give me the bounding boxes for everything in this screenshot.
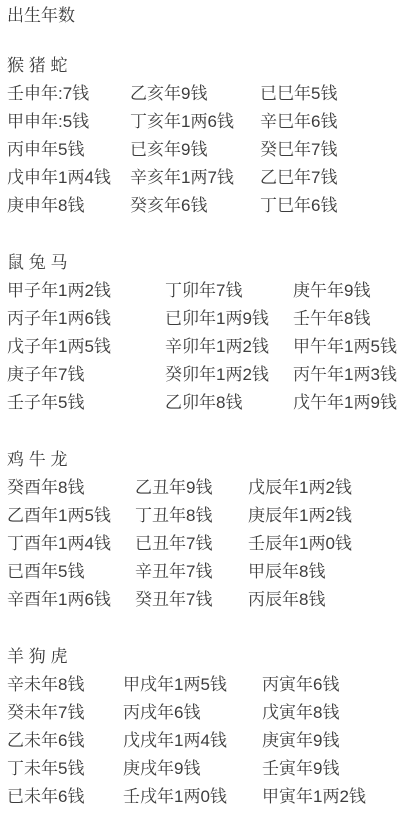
year-row: 甲子年1两2钱丁卯年7钱庚午年9钱 [7,277,413,305]
section-header: 鼠 兔 马 [7,249,413,277]
year-row: 辛酉年1两6钱癸丑年7钱丙辰年8钱 [7,586,413,614]
year-weight-value: 庚寅年9钱 [262,727,413,755]
year-weight-value: 丙子年1两6钱 [7,305,165,333]
sections-container: 猴 猪 蛇壬申年:7钱乙亥年9钱已巳年5钱甲申年:5钱丁亥年1两6钱辛巳年6钱丙… [7,52,413,811]
year-weight-value: 癸巳年7钱 [260,136,413,164]
year-row: 丁未年5钱庚戌年9钱壬寅年9钱 [7,755,413,783]
year-weight-value: 甲辰年8钱 [248,558,413,586]
year-row: 癸未年7钱丙戌年6钱戊寅年8钱 [7,699,413,727]
year-row: 丁酉年1两4钱已丑年7钱壬辰年1两0钱 [7,530,413,558]
section-header: 鸡 牛 龙 [7,446,413,474]
year-row: 辛未年8钱甲戌年1两5钱丙寅年6钱 [7,671,413,699]
year-weight-value: 辛丑年7钱 [135,558,248,586]
year-weight-value: 癸酉年8钱 [7,474,135,502]
section-rat-rabbit-horse: 鼠 兔 马甲子年1两2钱丁卯年7钱庚午年9钱丙子年1两6钱已卯年1两9钱壬午年8… [7,249,413,417]
year-weight-value: 戊午年1两9钱 [293,389,413,417]
year-weight-value: 壬子年5钱 [7,389,165,417]
year-weight-value: 乙酉年1两5钱 [7,502,135,530]
year-weight-value: 丁巳年6钱 [260,192,413,220]
year-weight-value: 庚戌年9钱 [123,755,262,783]
section-monkey-pig-snake: 猴 猪 蛇壬申年:7钱乙亥年9钱已巳年5钱甲申年:5钱丁亥年1两6钱辛巳年6钱丙… [7,52,413,220]
year-weight-value: 丙戌年6钱 [123,699,262,727]
year-weight-value: 乙未年6钱 [7,727,123,755]
year-weight-value: 甲子年1两2钱 [7,277,165,305]
section-goat-dog-tiger: 羊 狗 虎辛未年8钱甲戌年1两5钱丙寅年6钱癸未年7钱丙戌年6钱戊寅年8钱乙未年… [7,643,413,811]
year-weight-value: 已酉年5钱 [7,558,135,586]
year-weight-value: 乙丑年9钱 [135,474,248,502]
year-weight-value: 甲午年1两5钱 [293,333,413,361]
year-weight-value: 戊寅年8钱 [262,699,413,727]
year-weight-value: 辛巳年6钱 [260,108,413,136]
year-weight-value: 庚辰年1两2钱 [248,502,413,530]
year-weight-value: 戊子年1两5钱 [7,333,165,361]
year-weight-value: 甲戌年1两5钱 [123,671,262,699]
year-weight-value: 壬申年:7钱 [7,80,130,108]
section-rooster-ox-dragon: 鸡 牛 龙癸酉年8钱乙丑年9钱戊辰年1两2钱乙酉年1两5钱丁丑年8钱庚辰年1两2… [7,446,413,614]
year-weight-value: 丁卯年7钱 [165,277,293,305]
year-weight-value: 丁酉年1两4钱 [7,530,135,558]
year-weight-value: 丁亥年1两6钱 [130,108,260,136]
year-weight-value: 癸亥年6钱 [130,192,260,220]
year-row: 乙酉年1两5钱丁丑年8钱庚辰年1两2钱 [7,502,413,530]
year-weight-value: 丙寅年6钱 [262,671,413,699]
year-weight-value: 丁未年5钱 [7,755,123,783]
year-row: 已未年6钱壬戌年1两0钱甲寅年1两2钱 [7,783,413,811]
year-row: 甲申年:5钱丁亥年1两6钱辛巳年6钱 [7,108,413,136]
year-weight-value: 癸卯年1两2钱 [165,361,293,389]
year-weight-value: 甲寅年1两2钱 [262,783,413,811]
year-weight-value: 壬辰年1两0钱 [248,530,413,558]
year-weight-value: 已卯年1两9钱 [165,305,293,333]
year-row: 戊子年1两5钱辛卯年1两2钱甲午年1两5钱 [7,333,413,361]
year-row: 已酉年5钱辛丑年7钱甲辰年8钱 [7,558,413,586]
section-header: 猴 猪 蛇 [7,52,413,80]
section-header: 羊 狗 虎 [7,643,413,671]
year-weight-value: 已未年6钱 [7,783,123,811]
year-row: 乙未年6钱戊戌年1两4钱庚寅年9钱 [7,727,413,755]
year-row: 壬子年5钱乙卯年8钱戊午年1两9钱 [7,389,413,417]
year-weight-value: 戊戌年1两4钱 [123,727,262,755]
year-weight-value: 乙卯年8钱 [165,389,293,417]
year-weight-value: 庚子年7钱 [7,361,165,389]
year-weight-value: 戊辰年1两2钱 [248,474,413,502]
year-weight-value: 乙亥年9钱 [130,80,260,108]
year-weight-value: 癸未年7钱 [7,699,123,727]
year-row: 丙子年1两6钱已卯年1两9钱壬午年8钱 [7,305,413,333]
year-weight-value: 戊申年1两4钱 [7,164,130,192]
year-weight-value: 壬午年8钱 [293,305,413,333]
year-weight-value: 辛亥年1两7钱 [130,164,260,192]
year-weight-value: 庚午年9钱 [293,277,413,305]
year-weight-value: 已巳年5钱 [260,80,413,108]
year-row: 庚申年8钱癸亥年6钱丁巳年6钱 [7,192,413,220]
document-page: 出生年数 猴 猪 蛇壬申年:7钱乙亥年9钱已巳年5钱甲申年:5钱丁亥年1两6钱辛… [0,0,413,811]
year-weight-value: 已丑年7钱 [135,530,248,558]
year-weight-value: 癸丑年7钱 [135,586,248,614]
year-weight-value: 已亥年9钱 [130,136,260,164]
year-weight-value: 壬寅年9钱 [262,755,413,783]
year-weight-value: 丁丑年8钱 [135,502,248,530]
year-weight-value: 庚申年8钱 [7,192,130,220]
year-row: 丙申年5钱已亥年9钱癸巳年7钱 [7,136,413,164]
year-weight-value: 乙巳年7钱 [260,164,413,192]
year-weight-value: 辛酉年1两6钱 [7,586,135,614]
year-row: 壬申年:7钱乙亥年9钱已巳年5钱 [7,80,413,108]
page-title: 出生年数 [7,2,413,30]
year-weight-value: 辛未年8钱 [7,671,123,699]
year-row: 癸酉年8钱乙丑年9钱戊辰年1两2钱 [7,474,413,502]
year-weight-value: 丙辰年8钱 [248,586,413,614]
year-weight-value: 丙午年1两3钱 [293,361,413,389]
year-weight-value: 辛卯年1两2钱 [165,333,293,361]
year-weight-value: 壬戌年1两0钱 [123,783,262,811]
year-row: 庚子年7钱癸卯年1两2钱丙午年1两3钱 [7,361,413,389]
year-weight-value: 甲申年:5钱 [7,108,130,136]
year-weight-value: 丙申年5钱 [7,136,130,164]
year-row: 戊申年1两4钱辛亥年1两7钱乙巳年7钱 [7,164,413,192]
